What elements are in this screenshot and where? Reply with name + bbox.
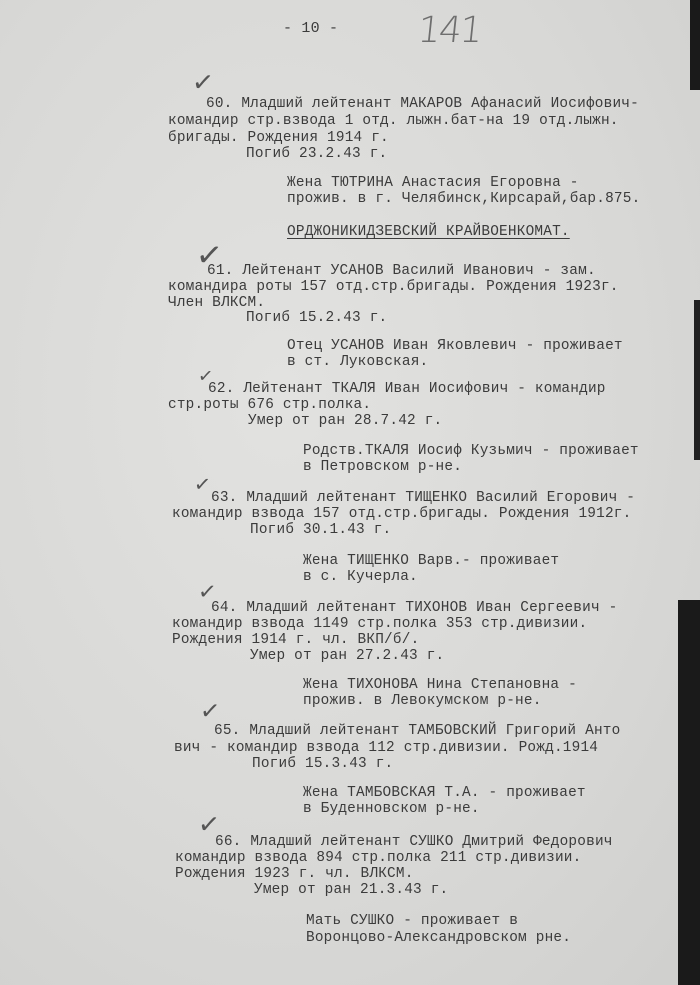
page-number: - 10 -	[283, 21, 338, 37]
entry-line: командира роты 157 отд.стр.бригады. Рожд…	[168, 279, 619, 295]
entry-line: 65. Младший лейтенант ТАМБОВСКИЙ Григори…	[214, 723, 620, 739]
relative-line: Воронцово-Александровском рне.	[306, 930, 571, 946]
check-mark-icon: ✓	[190, 67, 215, 99]
relative-line: в ст. Луковская.	[287, 354, 428, 370]
entry-line: командир взвода 1149 стр.полка 353 стр.д…	[172, 616, 587, 632]
check-mark-icon: ✓	[193, 471, 212, 497]
entry-line: Рождения 1914 г. чл. ВКП/б/.	[172, 632, 419, 648]
relative-line: в с. Кучерла.	[303, 569, 418, 585]
document-page: - 10 - 141 ✓ 60. Младший лейтенант МАКАР…	[0, 0, 700, 985]
relative-line: Жена ТАМБОВСКАЯ Т.А. - проживает	[303, 785, 586, 801]
entry-death: Погиб 30.1.43 г.	[250, 522, 391, 538]
entry-line: 66. Младший лейтенант СУШКО Дмитрий Федо…	[215, 834, 613, 850]
entry-line: командир стр.взвода 1 отд. лыжн.бат-на 1…	[168, 113, 619, 129]
relative-line: в Петровском р-не.	[303, 459, 462, 475]
relative-line: Жена ТИХОНОВА Нина Степановна -	[303, 677, 577, 693]
entry-death: Умер от ран 28.7.42 г.	[248, 413, 442, 429]
entry-line: 63. Младший лейтенант ТИЩЕНКО Василий Ег…	[211, 490, 635, 506]
entry-line: командир взвода 157 отд.стр.бригады. Рож…	[172, 506, 631, 522]
entry-line: вич - командир взвода 112 стр.дивизии. Р…	[174, 740, 598, 756]
entry-line: 62. Лейтенант ТКАЛЯ Иван Иосифович - ком…	[208, 381, 606, 397]
check-mark-icon: ✓	[199, 696, 222, 726]
entry-line: 64. Младший лейтенант ТИХОНОВ Иван Серге…	[211, 600, 617, 616]
entry-death: Погиб 15.3.43 г.	[252, 756, 393, 772]
entry-line: Рождения 1923 г. чл. ВЛКСМ.	[175, 866, 414, 882]
torn-edge	[690, 0, 700, 90]
handwritten-folio-number: 141	[416, 10, 483, 51]
torn-edge	[694, 300, 700, 460]
relative-line: Жена ТИЩЕНКО Варв.- проживает	[303, 553, 559, 569]
relative-line: Отец УСАНОВ Иван Яковлевич - проживает	[287, 338, 623, 354]
section-heading: ОРДЖОНИКИДЗЕВСКИЙ КРАЙВОЕНКОМАТ.	[287, 224, 570, 240]
entry-death: Погиб 23.2.43 г.	[246, 146, 387, 162]
relative-line: в Буденновском р-не.	[303, 801, 480, 817]
entry-line: 61. Лейтенант УСАНОВ Василий Иванович - …	[207, 263, 596, 279]
entry-death: Погиб 15.2.43 г.	[246, 310, 387, 326]
relative-line: прожив. в Левокумском р-не.	[303, 693, 542, 709]
relative-line: Мать СУШКО - проживает в	[306, 913, 518, 929]
entry-line: 60. Младший лейтенант МАКАРОВ Афанасий И…	[206, 96, 639, 112]
torn-edge	[678, 600, 700, 985]
entry-death: Умер от ран 21.3.43 г.	[254, 882, 448, 898]
entry-line: стр.роты 676 стр.полка.	[168, 397, 371, 413]
entry-line: бригады. Рождения 1914 г.	[168, 130, 389, 146]
entry-line: Член ВЛКСМ.	[168, 295, 265, 311]
relative-line: Жена ТЮТРИНА Анастасия Егоровна -	[287, 175, 579, 191]
relative-line: Родств.ТКАЛЯ Иосиф Кузьмич - проживает	[303, 443, 639, 459]
entry-line: командир взвода 894 стр.полка 211 стр.ди…	[175, 850, 581, 866]
entry-death: Умер от ран 27.2.43 г.	[250, 648, 444, 664]
relative-line: прожив. в г. Челябинск,Кирсарай,бар.875.	[287, 191, 640, 207]
